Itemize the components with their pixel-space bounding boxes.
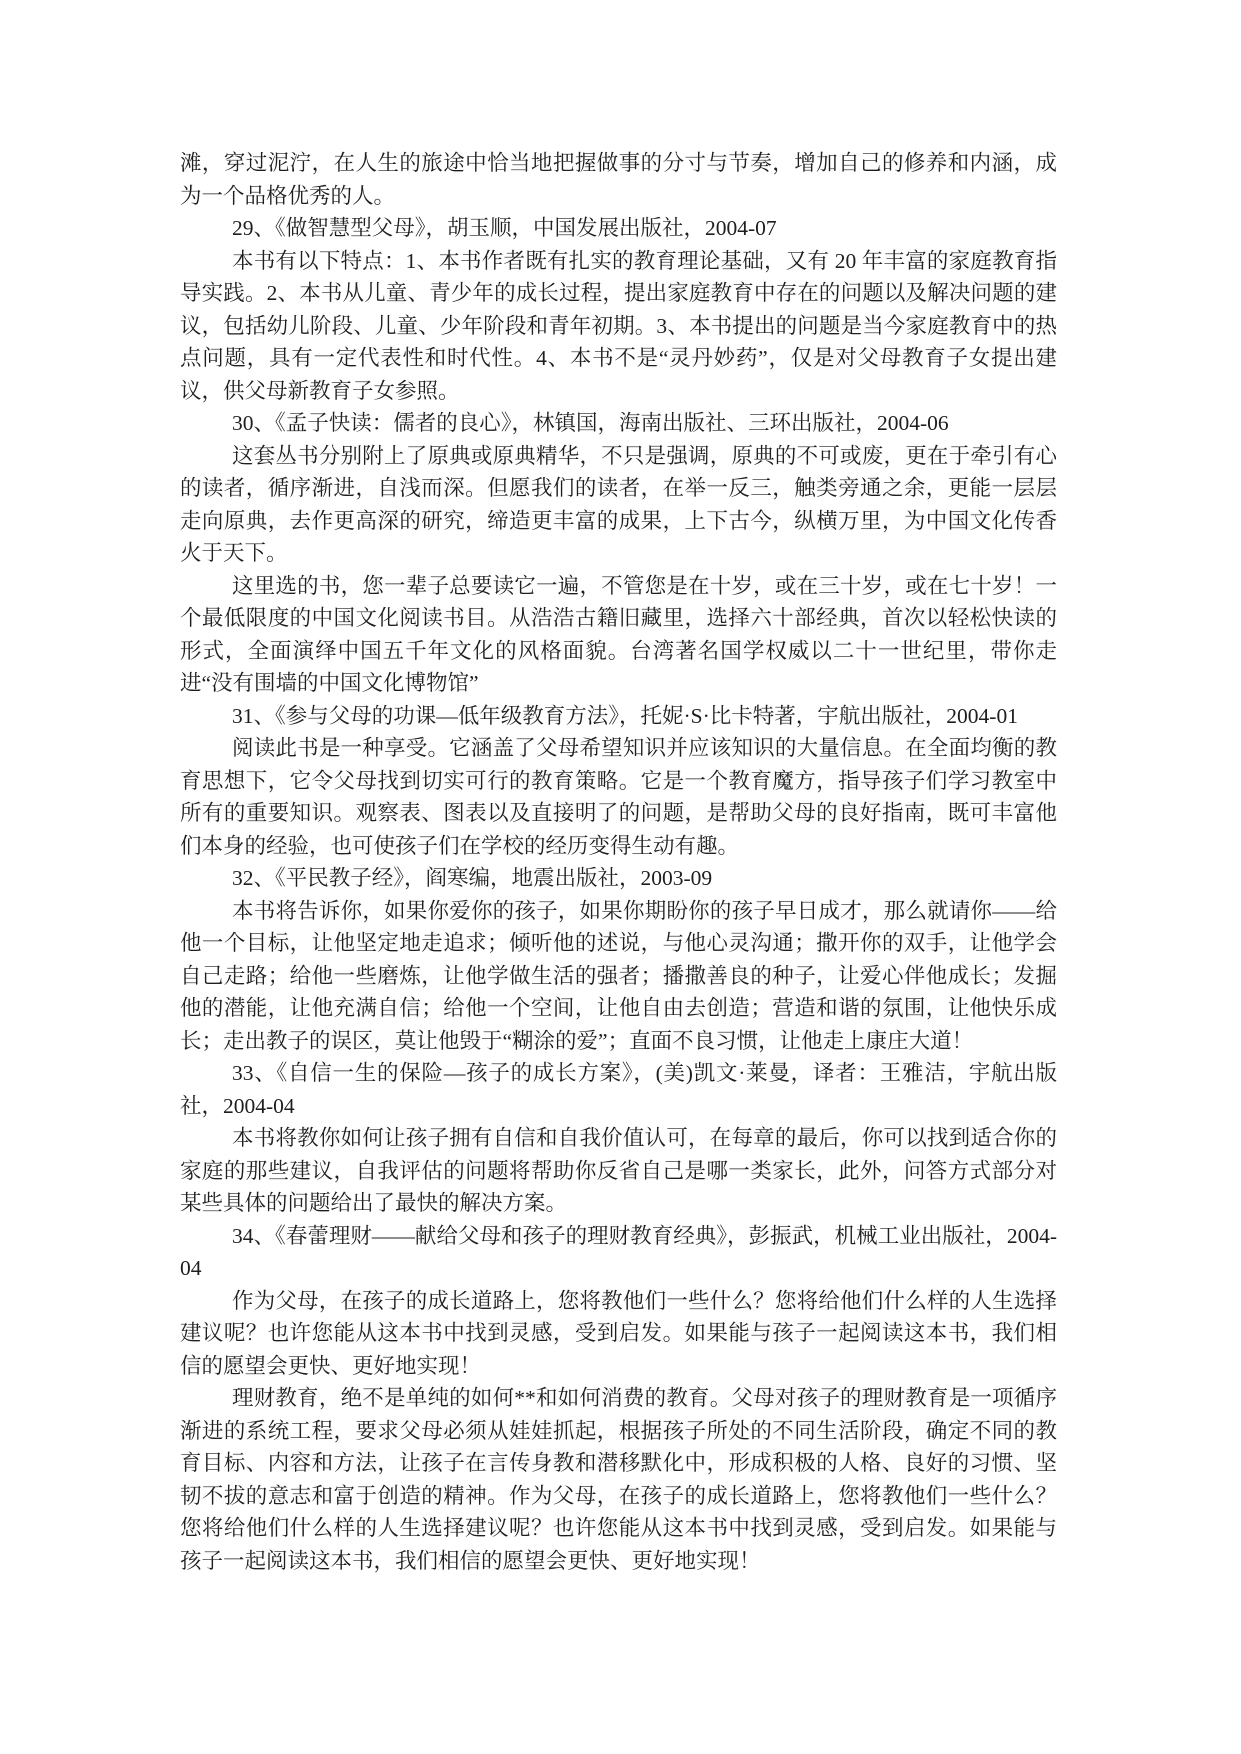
book-34-title-line: 34、《春蕾理财——献给父母和孩子的理财教育经典》，彭振武，机械工业出版社，20…: [180, 1220, 1057, 1285]
paragraph-continuation: 滩，穿过泥泞，在人生的旅途中恰当地把握做事的分寸与节奏，增加自己的修养和内涵，成…: [180, 147, 1057, 212]
book-31-description: 阅读此书是一种享受。它涵盖了父母希望知识并应该知识的大量信息。在全面均衡的教育思…: [180, 732, 1057, 862]
book-29-title-line: 29、《做智慧型父母》，胡玉顺，中国发展出版社，2004-07: [180, 212, 1057, 245]
book-33-description: 本书将教你如何让孩子拥有自信和自我价值认可，在每章的最后，你可以找到适合你的家庭…: [180, 1122, 1057, 1220]
book-30-description-1: 这套丛书分别附上了原典或原典精华，不只是强调，原典的不可或废，更在于牵引有心的读…: [180, 440, 1057, 570]
book-34-description-1: 作为父母，在孩子的成长道路上，您将教他们一些什么？您将给他们什么样的人生选择建议…: [180, 1285, 1057, 1383]
document-body: 滩，穿过泥泞，在人生的旅途中恰当地把握做事的分寸与节奏，增加自己的修养和内涵，成…: [180, 147, 1057, 1577]
book-34-description-2: 理财教育，绝不是单纯的如何**和如何消费的教育。父母对孩子的理财教育是一项循序渐…: [180, 1382, 1057, 1577]
book-33-title-line: 33、《自信一生的保险—孩子的成长方案》，(美)凯文·莱曼，译者：王雅洁，宇航出…: [180, 1057, 1057, 1122]
book-30-description-2: 这里选的书，您一辈子总要读它一遍，不管您是在十岁，或在三十岁，或在七十岁！一个最…: [180, 570, 1057, 700]
book-29-description: 本书有以下特点：1、本书作者既有扎实的教育理论基础，又有 20 年丰富的家庭教育…: [180, 245, 1057, 408]
book-30-title-line: 30、《孟子快读：儒者的良心》，林镇国，海南出版社、三环出版社，2004-06: [180, 407, 1057, 440]
document-page: 滩，穿过泥泞，在人生的旅途中恰当地把握做事的分寸与节奏，增加自己的修养和内涵，成…: [0, 0, 1241, 1754]
book-32-title-line: 32、《平民教子经》，阎寒编，地震出版社，2003-09: [180, 862, 1057, 895]
book-31-title-line: 31、《参与父母的功课—低年级教育方法》，托妮·S·比卡特著，宇航出版社，200…: [180, 700, 1057, 733]
book-32-description: 本书将告诉你，如果你爱你的孩子，如果你期盼你的孩子早日成才，那么就请你——给他一…: [180, 895, 1057, 1058]
